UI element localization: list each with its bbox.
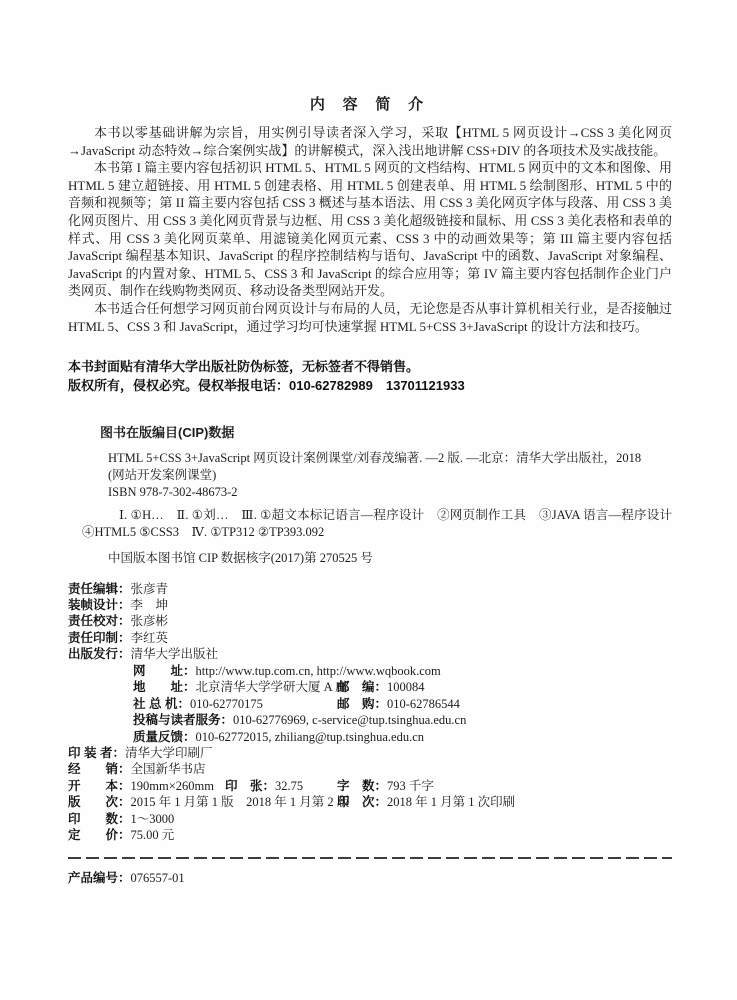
switchboard-row: 社 总 机：010-62770175 邮 购：010-62786544	[68, 696, 672, 712]
credit-label: 装帧设计：	[68, 598, 131, 612]
distributor-label: 经 销：	[68, 762, 131, 776]
postcode-label: 邮 编：	[337, 680, 387, 694]
publisher-value: 清华大学出版社	[131, 647, 219, 661]
credit-row-proofreader: 责任校对：张彦彬	[68, 613, 672, 629]
credit-value: 张彦彬	[131, 614, 169, 628]
credit-label: 责任编辑：	[68, 582, 131, 596]
mail-order-cell: 邮 购：010-62786544	[337, 696, 460, 712]
reader-service-row: 投稿与读者服务：010-62776969, c-service@tup.tsin…	[68, 712, 672, 728]
credit-row-editor: 责任编辑：张彦青	[68, 581, 672, 597]
dashed-divider	[68, 857, 672, 859]
printing-label: 印 次：	[337, 795, 387, 809]
word-count-cell: 字 数：793 千字	[337, 778, 434, 794]
credit-value: 张彦青	[131, 582, 169, 596]
quality-feedback-row: 质量反馈：010-62772015, zhiliang@tup.tsinghua…	[68, 729, 672, 745]
switchboard-label: 社 总 机：	[133, 697, 190, 711]
sheets-value: 32.75	[275, 779, 303, 793]
format-value: 190mm×260mm	[131, 779, 214, 793]
cip-description-block: HTML 5+CSS 3+JavaScript 网页设计案例课堂/刘春茂编著. …	[108, 450, 672, 501]
credit-label: 责任印制：	[68, 631, 131, 645]
content-summary-section: 内 容 简 介 本书以零基础讲解为宗旨，用实例引导读者深入学习，采取【HTML …	[68, 93, 672, 335]
impression-row: 印 数：1～3000	[68, 811, 672, 827]
impression-value: 1～3000	[131, 812, 175, 826]
anti-piracy-notice: 本书封面贴有清华大学出版社防伪标签，无标签者不得销售。 版权所有，侵权必究。侵权…	[68, 357, 672, 395]
cip-header: 图书在版编目(CIP)数据	[100, 424, 672, 441]
edition-label: 版 次：	[68, 795, 131, 809]
postcode-value: 100084	[387, 680, 425, 694]
address-row: 地 址：北京清华大学学研大厦 A 座 邮 编：100084	[68, 679, 672, 695]
printer-row: 印 装 者：清华大学印刷厂	[68, 745, 672, 761]
printing-cell: 印 次：2018 年 1 月第 1 次印刷	[337, 794, 515, 810]
publisher-row: 出版发行：清华大学出版社	[68, 646, 672, 662]
price-label: 定 价：	[68, 828, 131, 842]
distributor-value: 全国新华书店	[131, 762, 206, 776]
sheets-cell: 印 张：32.75	[225, 778, 303, 794]
anti-counterfeit-line: 本书封面贴有清华大学出版社防伪标签，无标签者不得销售。	[68, 357, 672, 376]
cip-record-number: 中国版本图书馆 CIP 数据核字(2017)第 270525 号	[108, 550, 672, 567]
address-label: 地 址：	[133, 680, 196, 694]
format-label: 开 本：	[68, 779, 131, 793]
cip-series: (网站开发案例课堂)	[108, 467, 672, 484]
cip-section: 图书在版编目(CIP)数据 HTML 5+CSS 3+JavaScript 网页…	[68, 424, 672, 566]
summary-paragraph-1: 本书以零基础讲解为宗旨，用实例引导读者深入学习，采取【HTML 5 网页设计→C…	[68, 124, 672, 159]
website-row: 网 址：http://www.tup.com.cn, http://www.wq…	[68, 663, 672, 679]
website-label: 网 址：	[133, 664, 196, 678]
price-row: 定 价：75.00 元	[68, 827, 672, 843]
credit-row-designer: 装帧设计：李 坤	[68, 597, 672, 613]
edition-value: 2015 年 1 月第 1 版 2018 年 1 月第 2 版	[131, 795, 350, 809]
impression-label: 印 数：	[68, 812, 131, 826]
cip-classification: Ⅰ. ①H… Ⅱ. ①刘… Ⅲ. ①超文本标记语言—程序设计 ②网页制作工具 ③…	[82, 507, 672, 541]
reader-service-label: 投稿与读者服务：	[133, 713, 233, 727]
printing-value: 2018 年 1 月第 1 次印刷	[387, 795, 515, 809]
product-number-value: 076557-01	[131, 871, 185, 885]
edition-row: 版 次：2015 年 1 月第 1 版 2018 年 1 月第 2 版 印 次：…	[68, 794, 672, 810]
printer-value: 清华大学印刷厂	[125, 746, 213, 760]
colophon-section: 责任编辑：张彦青 装帧设计：李 坤 责任校对：张彦彬 责任印制：李红英 出版发行…	[68, 581, 672, 844]
reader-service-value: 010-62776969, c-service@tup.tsinghua.edu…	[233, 713, 466, 727]
website-value: http://www.tup.com.cn, http://www.wqbook…	[196, 664, 441, 678]
quality-feedback-label: 质量反馈：	[133, 730, 196, 744]
mail-order-value: 010-62786544	[387, 697, 460, 711]
copyright-warning-line: 版权所有，侵权必究。侵权举报电话：010-62782989 1370112193…	[68, 376, 672, 395]
price-value: 75.00 元	[131, 828, 175, 842]
summary-paragraph-3: 本书适合任何想学习网页前台网页设计与布局的人员，无论您是否从事计算机相关行业，是…	[68, 300, 672, 335]
distributor-row: 经 销：全国新华书店	[68, 761, 672, 777]
printer-label: 印 装 者：	[68, 746, 125, 760]
cip-isbn: ISBN 978-7-302-48673-2	[108, 484, 672, 501]
credit-label: 责任校对：	[68, 614, 131, 628]
content-summary-title: 内 容 简 介	[68, 93, 672, 114]
switchboard-value: 010-62770175	[190, 697, 263, 711]
credit-row-print-supervisor: 责任印制：李红英	[68, 630, 672, 646]
sheets-label: 印 张：	[225, 779, 275, 793]
credit-value: 李 坤	[131, 598, 169, 612]
word-count-value: 793 千字	[387, 779, 434, 793]
publisher-label: 出版发行：	[68, 647, 131, 661]
product-number-label: 产品编号：	[68, 871, 131, 885]
address-value: 北京清华大学学研大厦 A 座	[196, 680, 348, 694]
copyright-page: 内 容 简 介 本书以零基础讲解为宗旨，用实例引导读者深入学习，采取【HTML …	[0, 0, 737, 1000]
postcode-cell: 邮 编：100084	[337, 679, 425, 695]
format-row: 开 本：190mm×260mm 印 张：32.75 字 数：793 千字	[68, 778, 672, 794]
word-count-label: 字 数：	[337, 779, 387, 793]
summary-paragraph-2: 本书第 I 篇主要内容包括初识 HTML 5、HTML 5 网页的文档结构、HT…	[68, 159, 672, 300]
mail-order-label: 邮 购：	[337, 697, 387, 711]
credit-value: 李红英	[131, 631, 169, 645]
cip-description: HTML 5+CSS 3+JavaScript 网页设计案例课堂/刘春茂编著. …	[108, 450, 672, 467]
product-number-row: 产品编号：076557-01	[68, 870, 672, 886]
quality-feedback-value: 010-62772015, zhiliang@tup.tsinghua.edu.…	[196, 730, 425, 744]
